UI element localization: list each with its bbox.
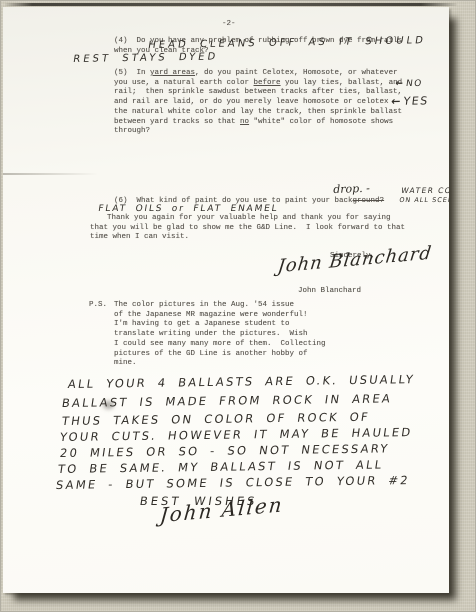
typed-text: (5) In xyxy=(114,69,150,77)
typed-line: I could see many many more of them. Coll… xyxy=(114,340,326,348)
ps-paragraph: The color pictures in the Aug. '54 issue… xyxy=(114,301,326,369)
handwritten-note-line: ALL YOUR 4 BALLASTS ARE O.K. USUALLY xyxy=(67,372,416,391)
letter-paper: -2- (4) Do you have any problem of rubbi… xyxy=(3,7,449,593)
typed-text: you use, a natural earth color xyxy=(114,79,254,87)
handwritten-answer-q6: FLAT OILS or FLAT ENAMEL xyxy=(97,204,279,214)
typed-text: "white" color of homosote shows xyxy=(249,118,393,126)
typed-line: translate writing under the pictures. Wi… xyxy=(114,330,308,338)
handwritten-note-scenery: ON ALL SCENERY xyxy=(399,196,449,204)
paper-fold-line xyxy=(3,173,98,175)
handwritten-answer-yes: ←YES xyxy=(390,94,429,108)
left-arrow-icon: ← xyxy=(395,79,404,89)
underlined-text: yard areas xyxy=(150,69,195,77)
typed-text: you lay ties, ballast, and xyxy=(281,79,403,87)
handwritten-answer-no: ←NO xyxy=(395,79,424,89)
handwritten-correction-drop: drop. - xyxy=(333,182,370,196)
typed-text: , do you paint Celotex, Homosote, or wha… xyxy=(195,69,398,77)
typed-text: between yard tracks so that xyxy=(114,118,240,126)
typed-line: pictures of the GD Line is another hobby… xyxy=(114,350,308,358)
ps-label: P.S. xyxy=(89,301,107,311)
left-arrow-icon: ← xyxy=(390,95,401,108)
typed-line: The color pictures in the Aug. '54 issue xyxy=(114,301,294,309)
question-5: (5) In yard areas, do you paint Celotex,… xyxy=(114,69,402,137)
handwritten-note-line: SAME - BUT SOME IS CLOSE TO YOUR #2 xyxy=(55,473,411,492)
typed-line: the natural white color and lay the trac… xyxy=(114,108,402,116)
struck-text: ground? xyxy=(353,197,385,205)
handwritten-note-line: THUS TAKES ON COLOR OF ROCK OF xyxy=(61,410,371,428)
yes-text: YES xyxy=(403,94,430,107)
typed-line: Thank you again for your valuable help a… xyxy=(90,214,391,222)
underlined-text: before xyxy=(254,79,281,87)
typed-line: time when I can visit. xyxy=(90,233,189,241)
handwritten-answer-q4-line2: REST STAYS DYED xyxy=(72,51,219,65)
typed-line: I'm having to get a Japanese student to xyxy=(114,320,290,328)
typed-line: that you will be glad to show me the G&D… xyxy=(90,224,405,232)
handwritten-note-line: BALLAST IS MADE FROM ROCK IN AREA xyxy=(61,391,393,410)
no-text: NO xyxy=(405,79,423,89)
blanchard-signature: John Blanchard xyxy=(276,243,433,278)
scanned-letter-page: -2- (4) Do you have any problem of rubbi… xyxy=(0,0,476,612)
typed-line: of the Japanese MR magazine were wonderf… xyxy=(114,311,308,319)
signer-typed-name: John Blanchard xyxy=(298,287,361,297)
underlined-text: no xyxy=(240,118,249,126)
typed-line: and rail are laid, or do you merely leav… xyxy=(114,98,389,106)
handwritten-note-watercolor: WATER COLOR xyxy=(400,186,449,195)
typed-line: mine. xyxy=(114,359,137,367)
typed-line: rail; then sprinkle sawdust between trac… xyxy=(114,88,402,96)
scan-edge-artifact xyxy=(5,3,457,6)
typed-line: through? xyxy=(114,127,150,135)
page-number: -2- xyxy=(222,20,236,30)
closing-paragraph: Thank you again for your valuable help a… xyxy=(90,214,405,243)
